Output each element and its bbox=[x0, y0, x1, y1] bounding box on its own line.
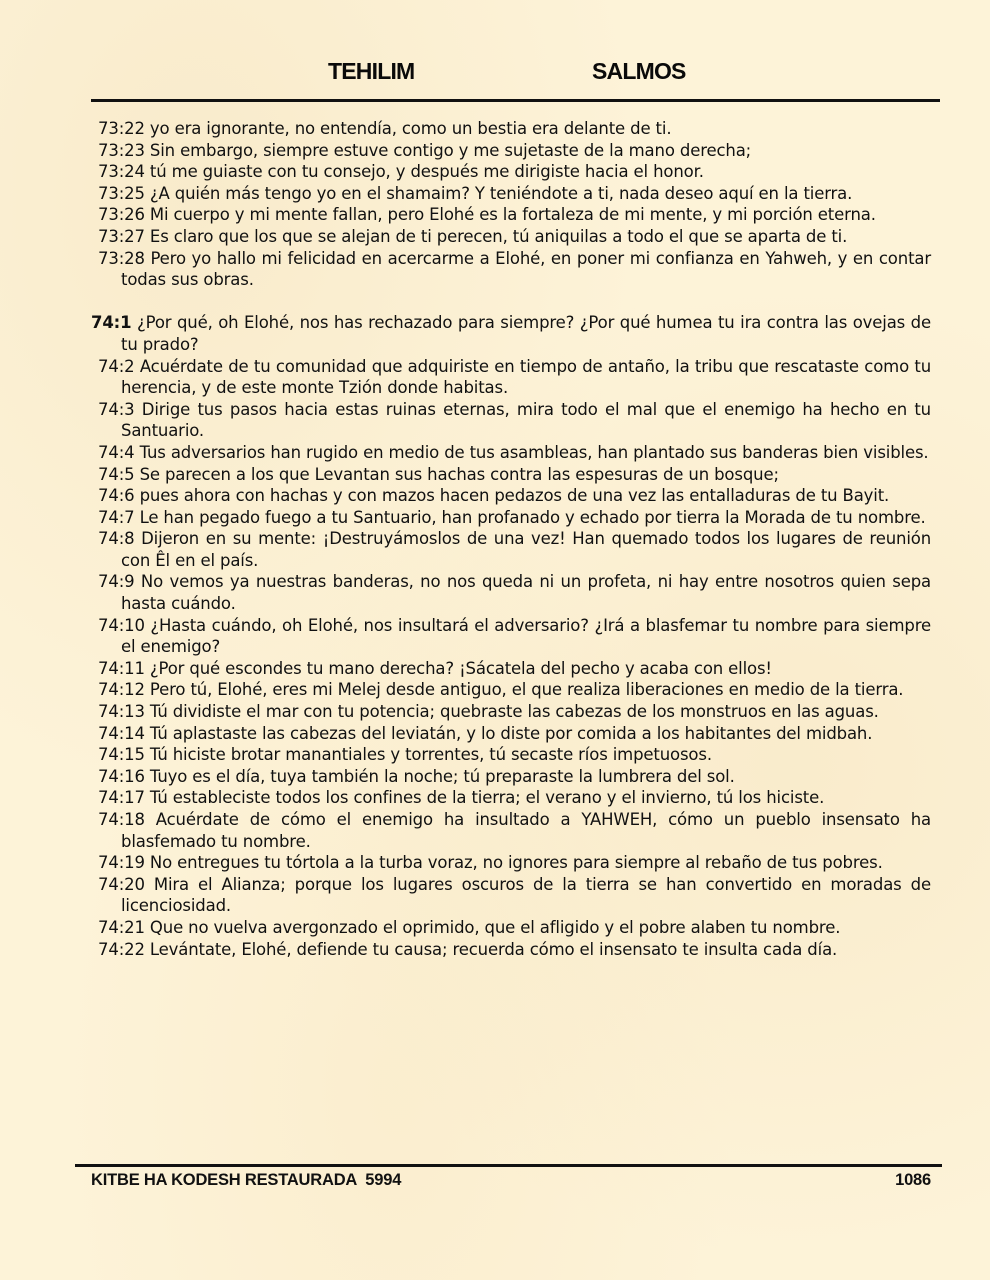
verse: 74:8 Dijeron en su mente: ¡Destruyámoslo… bbox=[91, 528, 931, 571]
verse-text: No entregues tu tórtola a la turba voraz… bbox=[150, 853, 883, 872]
verse-ref: 73:28 bbox=[98, 249, 145, 268]
verse-text: Dijeron en su mente: ¡Destruyámoslos de … bbox=[121, 529, 931, 570]
verse-text: tú me guiaste con tu consejo, y después … bbox=[150, 162, 704, 181]
book-title: KITBE HA KODESH RESTAURADA 5994 bbox=[91, 1171, 401, 1190]
verse-ref: 74:4 bbox=[98, 443, 134, 462]
verse: 74:15 Tú hiciste brotar manantiales y to… bbox=[91, 744, 931, 766]
verse-ref: 74:17 bbox=[98, 788, 145, 807]
verse: 74:17 Tú estableciste todos los confines… bbox=[91, 787, 931, 809]
verse-text: Le han pegado fuego a tu Santuario, han … bbox=[140, 508, 926, 527]
verse-text: Acuérdate de tu comunidad que adquiriste… bbox=[121, 357, 931, 398]
verse-ref: 74:15 bbox=[98, 745, 145, 764]
verse: 74:5 Se parecen a los que Levantan sus h… bbox=[91, 464, 931, 486]
verse-ref: 74:22 bbox=[98, 940, 145, 959]
verse-ref: 73:26 bbox=[98, 205, 145, 224]
header-rule bbox=[91, 99, 940, 102]
verse-text: yo era ignorante, no entendía, como un b… bbox=[150, 119, 672, 138]
verse-ref: 74:9 bbox=[98, 572, 134, 591]
verse-text: ¿Por qué escondes tu mano derecha? ¡Sáca… bbox=[150, 659, 772, 678]
verse-ref: 74:21 bbox=[98, 918, 145, 937]
verse: 74:11 ¿Por qué escondes tu mano derecha?… bbox=[91, 658, 931, 680]
verse-text: ¿Hasta cuándo, oh Elohé, nos insultará e… bbox=[121, 616, 931, 657]
verse-text: Tú estableciste todos los confines de la… bbox=[150, 788, 824, 807]
verse: 73:28 Pero yo hallo mi felicidad en acer… bbox=[91, 248, 931, 291]
verse: 74:9 No vemos ya nuestras banderas, no n… bbox=[91, 571, 931, 614]
verse: 73:25 ¿A quién más tengo yo en el shamai… bbox=[91, 183, 931, 205]
verse: 73:27 Es claro que los que se alejan de … bbox=[91, 226, 931, 248]
verse-text: ¿Por qué, oh Elohé, nos has rechazado pa… bbox=[121, 313, 931, 354]
verse-ref: 74:13 bbox=[98, 702, 145, 721]
verse-text: No vemos ya nuestras banderas, no nos qu… bbox=[121, 572, 931, 613]
verse-text: Sin embargo, siempre estuve contigo y me… bbox=[150, 141, 751, 160]
verse-ref: 73:25 bbox=[98, 184, 145, 203]
verse: 73:22 yo era ignorante, no entendía, com… bbox=[91, 118, 931, 140]
verse-ref: 74:10 bbox=[98, 616, 145, 635]
verse-ref: 74:6 bbox=[98, 486, 134, 505]
verse-ref: 74:5 bbox=[98, 465, 134, 484]
verse: 74:21 Que no vuelva avergonzado el oprim… bbox=[91, 917, 931, 939]
verse-ref: 73:23 bbox=[98, 141, 145, 160]
page-number: 1086 bbox=[895, 1171, 931, 1190]
verse-ref: 74:19 bbox=[98, 853, 145, 872]
verse-text: pues ahora con hachas y con mazos hacen … bbox=[140, 486, 890, 505]
verse: 74:16 Tuyo es el día, tuya también la no… bbox=[91, 766, 931, 788]
verse: 73:26 Mi cuerpo y mi mente fallan, pero … bbox=[91, 204, 931, 226]
verse-ref: 74:14 bbox=[98, 724, 145, 743]
verse-ref: 74:7 bbox=[98, 508, 134, 527]
verse-text: Pero yo hallo mi felicidad en acercarme … bbox=[121, 249, 931, 290]
verse-text: ¿A quién más tengo yo en el shamaim? Y t… bbox=[150, 184, 852, 203]
verse-ref: 74:11 bbox=[98, 659, 145, 678]
verse-ref: 74:3 bbox=[98, 400, 134, 419]
verse-text: Tú dividiste el mar con tu potencia; que… bbox=[150, 702, 879, 721]
verse-text: Mira el Alianza; porque los lugares oscu… bbox=[121, 875, 931, 916]
chapter-start-ref: 74:1 bbox=[91, 313, 131, 332]
verse-text: Levántate, Elohé, defiende tu causa; rec… bbox=[150, 940, 837, 959]
verse: 74:4 Tus adversarios han rugido en medio… bbox=[91, 442, 931, 464]
verse: 74:3 Dirige tus pasos hacia estas ruinas… bbox=[91, 399, 931, 442]
verse-text: Pero tú, Elohé, eres mi Melej desde anti… bbox=[150, 680, 903, 699]
verse: 74:18 Acuérdate de cómo el enemigo ha in… bbox=[91, 809, 931, 852]
verse-ref: 74:20 bbox=[98, 875, 145, 894]
verse-ref: 74:16 bbox=[98, 767, 145, 786]
verse-ref: 74:18 bbox=[98, 810, 145, 829]
verse: 74:1 ¿Por qué, oh Elohé, nos has rechaza… bbox=[91, 312, 931, 355]
verse-ref: 74:8 bbox=[98, 529, 134, 548]
verse: 74:2 Acuérdate de tu comunidad que adqui… bbox=[91, 356, 931, 399]
header-title-hebrew: TEHILIM bbox=[328, 58, 414, 85]
header-title-spanish: SALMOS bbox=[592, 58, 686, 85]
verse-ref: 73:24 bbox=[98, 162, 145, 181]
verse-text: Es claro que los que se alejan de ti per… bbox=[150, 227, 847, 246]
verse: 74:22 Levántate, Elohé, defiende tu caus… bbox=[91, 939, 931, 961]
verse: 74:6 pues ahora con hachas y con mazos h… bbox=[91, 485, 931, 507]
verse: 74:12 Pero tú, Elohé, eres mi Melej desd… bbox=[91, 679, 931, 701]
verse-text: Se parecen a los que Levantan sus hachas… bbox=[140, 465, 779, 484]
verse-text: Tú aplastaste las cabezas del leviatán, … bbox=[150, 724, 872, 743]
page-body: 73:22 yo era ignorante, no entendía, com… bbox=[91, 118, 931, 960]
verse-text: Tus adversarios han rugido en medio de t… bbox=[140, 443, 929, 462]
verse-ref: 74:2 bbox=[98, 357, 134, 376]
verse-ref: 74:12 bbox=[98, 680, 145, 699]
verse: 74:14 Tú aplastaste las cabezas del levi… bbox=[91, 723, 931, 745]
verse-text: Que no vuelva avergonzado el oprimido, q… bbox=[150, 918, 840, 937]
footer-rule bbox=[75, 1164, 942, 1167]
verse: 74:20 Mira el Alianza; porque los lugare… bbox=[91, 874, 931, 917]
chapter-gap bbox=[91, 291, 931, 313]
verse: 74:19 No entregues tu tórtola a la turba… bbox=[91, 852, 931, 874]
verse-text: Acuérdate de cómo el enemigo ha insultad… bbox=[121, 810, 931, 851]
verse: 73:24 tú me guiaste con tu consejo, y de… bbox=[91, 161, 931, 183]
verse: 74:10 ¿Hasta cuándo, oh Elohé, nos insul… bbox=[91, 615, 931, 658]
verse-ref: 73:22 bbox=[98, 119, 145, 138]
verse-ref: 73:27 bbox=[98, 227, 145, 246]
chapter-73-verses: 73:22 yo era ignorante, no entendía, com… bbox=[91, 118, 931, 291]
verse-text: Mi cuerpo y mi mente fallan, pero Elohé … bbox=[150, 205, 876, 224]
verse: 74:7 Le han pegado fuego a tu Santuario,… bbox=[91, 507, 931, 529]
verse-text: Tú hiciste brotar manantiales y torrente… bbox=[150, 745, 712, 764]
verse: 74:13 Tú dividiste el mar con tu potenci… bbox=[91, 701, 931, 723]
page-header: TEHILIM SALMOS bbox=[0, 58, 990, 90]
verse-text: Dirige tus pasos hacia estas ruinas eter… bbox=[121, 400, 931, 441]
verse: 73:23 Sin embargo, siempre estuve contig… bbox=[91, 140, 931, 162]
page-footer: KITBE HA KODESH RESTAURADA 5994 1086 bbox=[91, 1171, 931, 1195]
verse-text: Tuyo es el día, tuya también la noche; t… bbox=[150, 767, 735, 786]
chapter-74-verses: 74:1 ¿Por qué, oh Elohé, nos has rechaza… bbox=[91, 312, 931, 960]
